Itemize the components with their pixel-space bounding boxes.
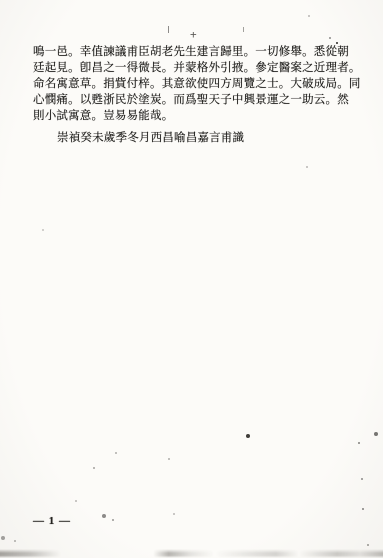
preface-line-5: 則小試寓意。豈易易能哉。 (33, 108, 355, 124)
scan-edge-smudge (0, 549, 383, 558)
page-number: — 1 — (33, 515, 71, 527)
scan-tick-mark (168, 26, 169, 33)
preface-line-3: 命名寓意草。捐貲付梓。其意欲使四方周覽之士。大破成局。同 (33, 76, 355, 92)
scanned-page: + 鳴一邑。幸值諫議甫臣胡老先生建言歸里。一切修舉。悉從朝 廷起見。卽昌之一得微… (0, 0, 383, 558)
preface-text-block: 鳴一邑。幸值諫議甫臣胡老先生建言歸里。一切修舉。悉從朝 廷起見。卽昌之一得微長。… (33, 44, 355, 146)
emphasis-dot-mark (336, 42, 338, 44)
registration-cross-mark: + (190, 28, 199, 41)
scan-dust-specks (0, 0, 2, 2)
preface-line-1: 鳴一邑。幸值諫議甫臣胡老先生建言歸里。一切修舉。悉從朝 (33, 44, 355, 60)
preface-line-2: 廷起見。卽昌之一得微長。并蒙格外引掖。參定醫案之近理者。 (33, 60, 355, 76)
preface-line-4: 心憫痛。以甦浙民於塗炭。而爲聖天子中興景運之一助云。然 (33, 92, 355, 108)
signature-date-line: 崇禎癸未歲季冬月西昌喻昌嘉言甫識 (33, 130, 355, 146)
scan-tick-mark-2 (243, 27, 244, 32)
